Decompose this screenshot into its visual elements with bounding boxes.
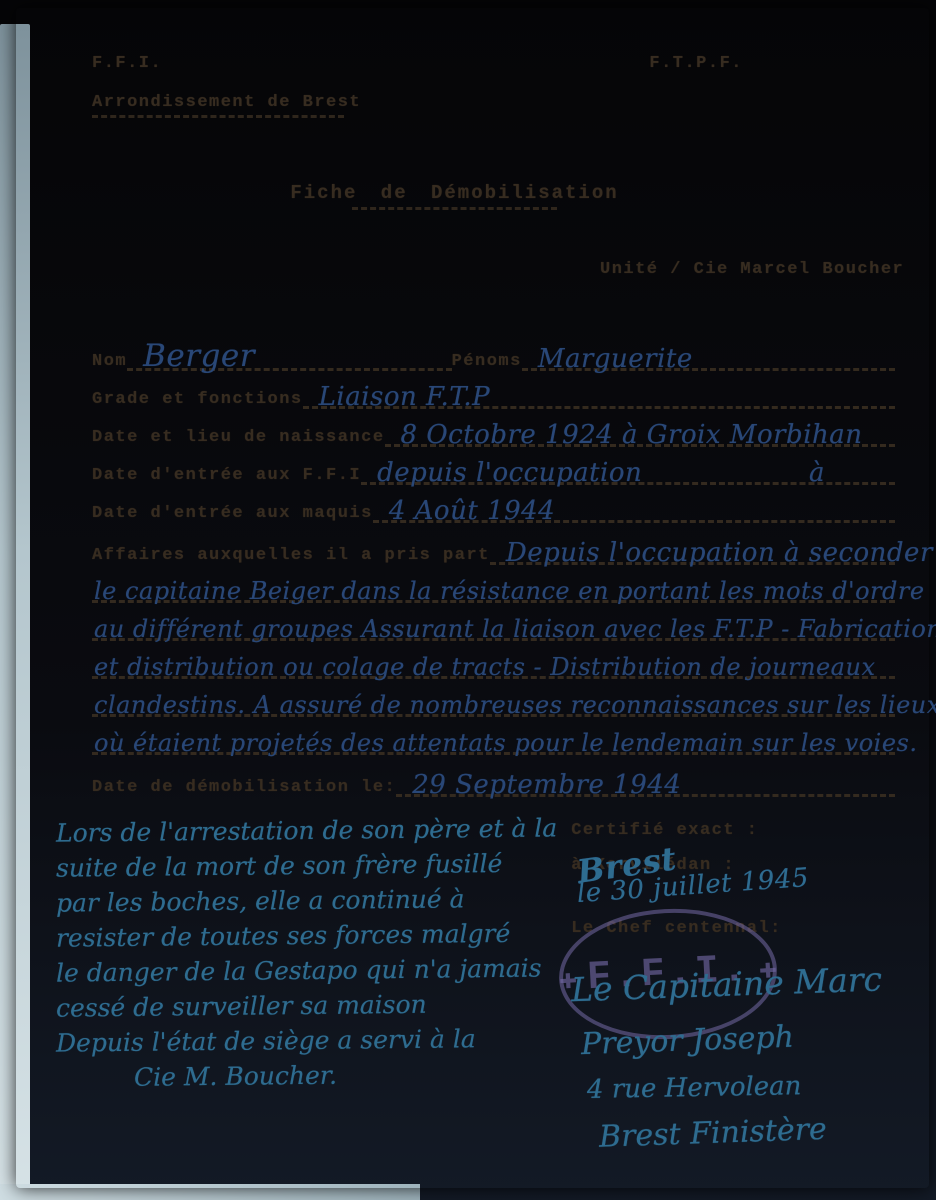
nom-label: Nom xyxy=(92,352,127,371)
entree-ffi-handwritten-suffix: à xyxy=(809,458,825,488)
affaires-handwritten-line: où étaient projetés des attentats pour l… xyxy=(94,729,917,757)
district-label: Arrondissement de Brest xyxy=(92,93,361,112)
title-block: Fiche de Démobilisation xyxy=(0,182,911,210)
note-line: par les boches, elle a continué à xyxy=(56,880,558,920)
nom-handwritten-value: Berger xyxy=(143,338,255,374)
maquis-label: Date d'entrée aux maquis xyxy=(92,504,373,523)
affaires-continuation-line: où étaient projetés des attentats pour l… xyxy=(16,717,929,755)
note-line: Cie M. Boucher. xyxy=(56,1055,558,1095)
certification-block: Certifié exact : à Kervilédan :le 30 jui… xyxy=(557,813,929,1149)
note-line: suite de la mort de son frère fusillé xyxy=(56,845,558,885)
signature-line: Preyor Joseph xyxy=(581,1015,930,1062)
entree-ffi-entry-line: depuis l'occupation à xyxy=(361,474,895,485)
grade-entry-line: Liaison F.T.P xyxy=(303,398,895,409)
field-naissance: Date et lieu de naissance 8 Octobre 1924… xyxy=(16,409,929,447)
org-ffi-label: F.F.I. xyxy=(92,54,162,73)
maquis-entry-line: 4 Août 1944 xyxy=(373,512,895,523)
note-line: Depuis l'état de siège a servi à la xyxy=(56,1020,558,1060)
note-line: Lors de l'arrestation de son père et à l… xyxy=(56,810,558,850)
field-entree-ffi: Date d'entrée aux F.F.I depuis l'occupat… xyxy=(16,447,929,485)
signatures: Le Capitaine Marc Preyor Joseph 4 rue He… xyxy=(571,964,929,1149)
nom-entry-line: Berger xyxy=(127,360,452,371)
document-photo: { "header": { "org_left": "F.F.I.", "org… xyxy=(0,0,936,1200)
signature-line: Brest Finistère xyxy=(599,1108,930,1154)
field-demobilisation: Date de démobilisation le: 29 Septembre … xyxy=(16,759,929,797)
affaires-handwritten-line: et distribution ou colage de tracts - Di… xyxy=(94,653,875,681)
district-block: Arrondissement de Brest xyxy=(16,93,929,118)
field-nom: Nom Berger Pénoms Marguerite xyxy=(16,333,929,371)
maquis-handwritten-value: 4 Août 1944 xyxy=(389,496,555,526)
note-line: le danger de la Gestapo qui n'a jamais xyxy=(56,950,558,990)
naissance-entry-line: 8 Octobre 1924 à Groix Morbihan xyxy=(385,436,895,447)
affaires-label: Affaires auxquelles il a pris part xyxy=(92,546,490,565)
affaires-continuation-line: le capitaine Beiger dans la résistance e… xyxy=(16,565,929,603)
demob-handwritten-value: 29 Septembre 1944 xyxy=(412,770,681,800)
bottom-section: Lors de l'arrestation de son père et à l… xyxy=(16,813,929,1149)
document-header: F.F.I. F.T.P.F. xyxy=(16,8,929,73)
affaires-entry-line: Depuis l'occupation à seconder xyxy=(490,554,895,565)
affaires-continuation-line: au différent groupes Assurant la liaison… xyxy=(16,603,929,641)
note-line: cessé de surveiller sa maison xyxy=(56,985,558,1025)
field-maquis: Date d'entrée aux maquis 4 Août 1944 xyxy=(16,485,929,523)
grade-handwritten-value: Liaison F.T.P xyxy=(319,382,490,412)
document-title: Fiche de Démobilisation xyxy=(290,182,618,204)
grade-label: Grade et fonctions xyxy=(92,390,303,409)
naissance-label: Date et lieu de naissance xyxy=(92,428,385,447)
affaires-handwritten-value: Depuis l'occupation à seconder xyxy=(506,538,933,568)
affaires-continuation-line: clandestins. A assuré de nombreuses reco… xyxy=(16,679,929,717)
affaires-handwritten-line: le capitaine Beiger dans la résistance e… xyxy=(94,577,925,605)
field-grade: Grade et fonctions Liaison F.T.P xyxy=(16,371,929,409)
prenoms-label: Pénoms xyxy=(452,352,522,371)
demob-entry-line: 29 Septembre 1944 xyxy=(396,786,895,797)
org-ftpf-label: F.T.P.F. xyxy=(649,54,743,73)
handwritten-note: Lors de l'arrestation de son père et à l… xyxy=(16,813,557,1149)
naissance-handwritten-value: 8 Octobre 1924 à Groix Morbihan xyxy=(401,420,863,450)
prenoms-handwritten-value: Marguerite xyxy=(538,344,693,374)
prenoms-entry-line: Marguerite xyxy=(522,360,895,371)
entree-ffi-handwritten-value: depuis l'occupation xyxy=(377,458,642,488)
entree-ffi-label: Date d'entrée aux F.F.I xyxy=(92,466,361,485)
certified-exact-label: Certifié exact : xyxy=(571,821,929,840)
certification-place-date: à Kervilédan :le 30 juillet 1945 Brest xyxy=(571,856,929,905)
signature-line: Le Capitaine Marc xyxy=(571,958,930,1009)
district-underline xyxy=(92,115,344,118)
demob-label: Date de démobilisation le: xyxy=(92,778,396,797)
affaires-continuation-line: et distribution ou colage de tracts - Di… xyxy=(16,641,929,679)
form-fields: Nom Berger Pénoms Marguerite Grade et fo… xyxy=(16,333,929,797)
unit-line: Unité / Cie Marcel Boucher xyxy=(16,260,929,279)
affaires-handwritten-line: au différent groupes Assurant la liaison… xyxy=(94,615,936,643)
title-underline xyxy=(352,207,557,210)
affaires-handwritten-line: clandestins. A assuré de nombreuses reco… xyxy=(94,691,936,719)
document-paper: F.F.I. F.T.P.F. Arrondissement de Brest … xyxy=(16,8,929,1188)
note-line: resister de toutes ses forces malgré xyxy=(56,915,558,955)
signature-line: 4 rue Hervolean xyxy=(587,1069,929,1105)
field-affaires: Affaires auxquelles il a pris part Depui… xyxy=(16,523,929,565)
